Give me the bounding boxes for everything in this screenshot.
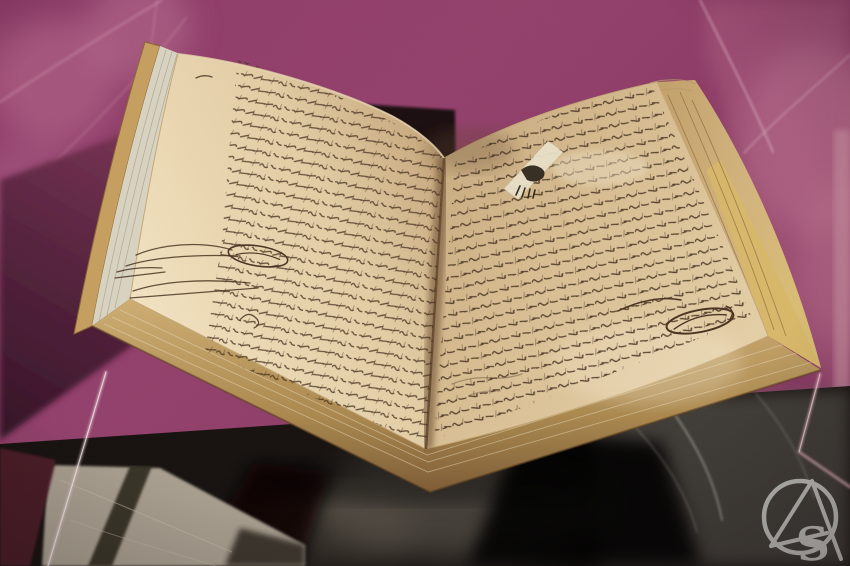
museum-photo: S: [0, 0, 850, 566]
film-grain: [0, 0, 850, 566]
photo-canvas: S: [0, 0, 850, 566]
